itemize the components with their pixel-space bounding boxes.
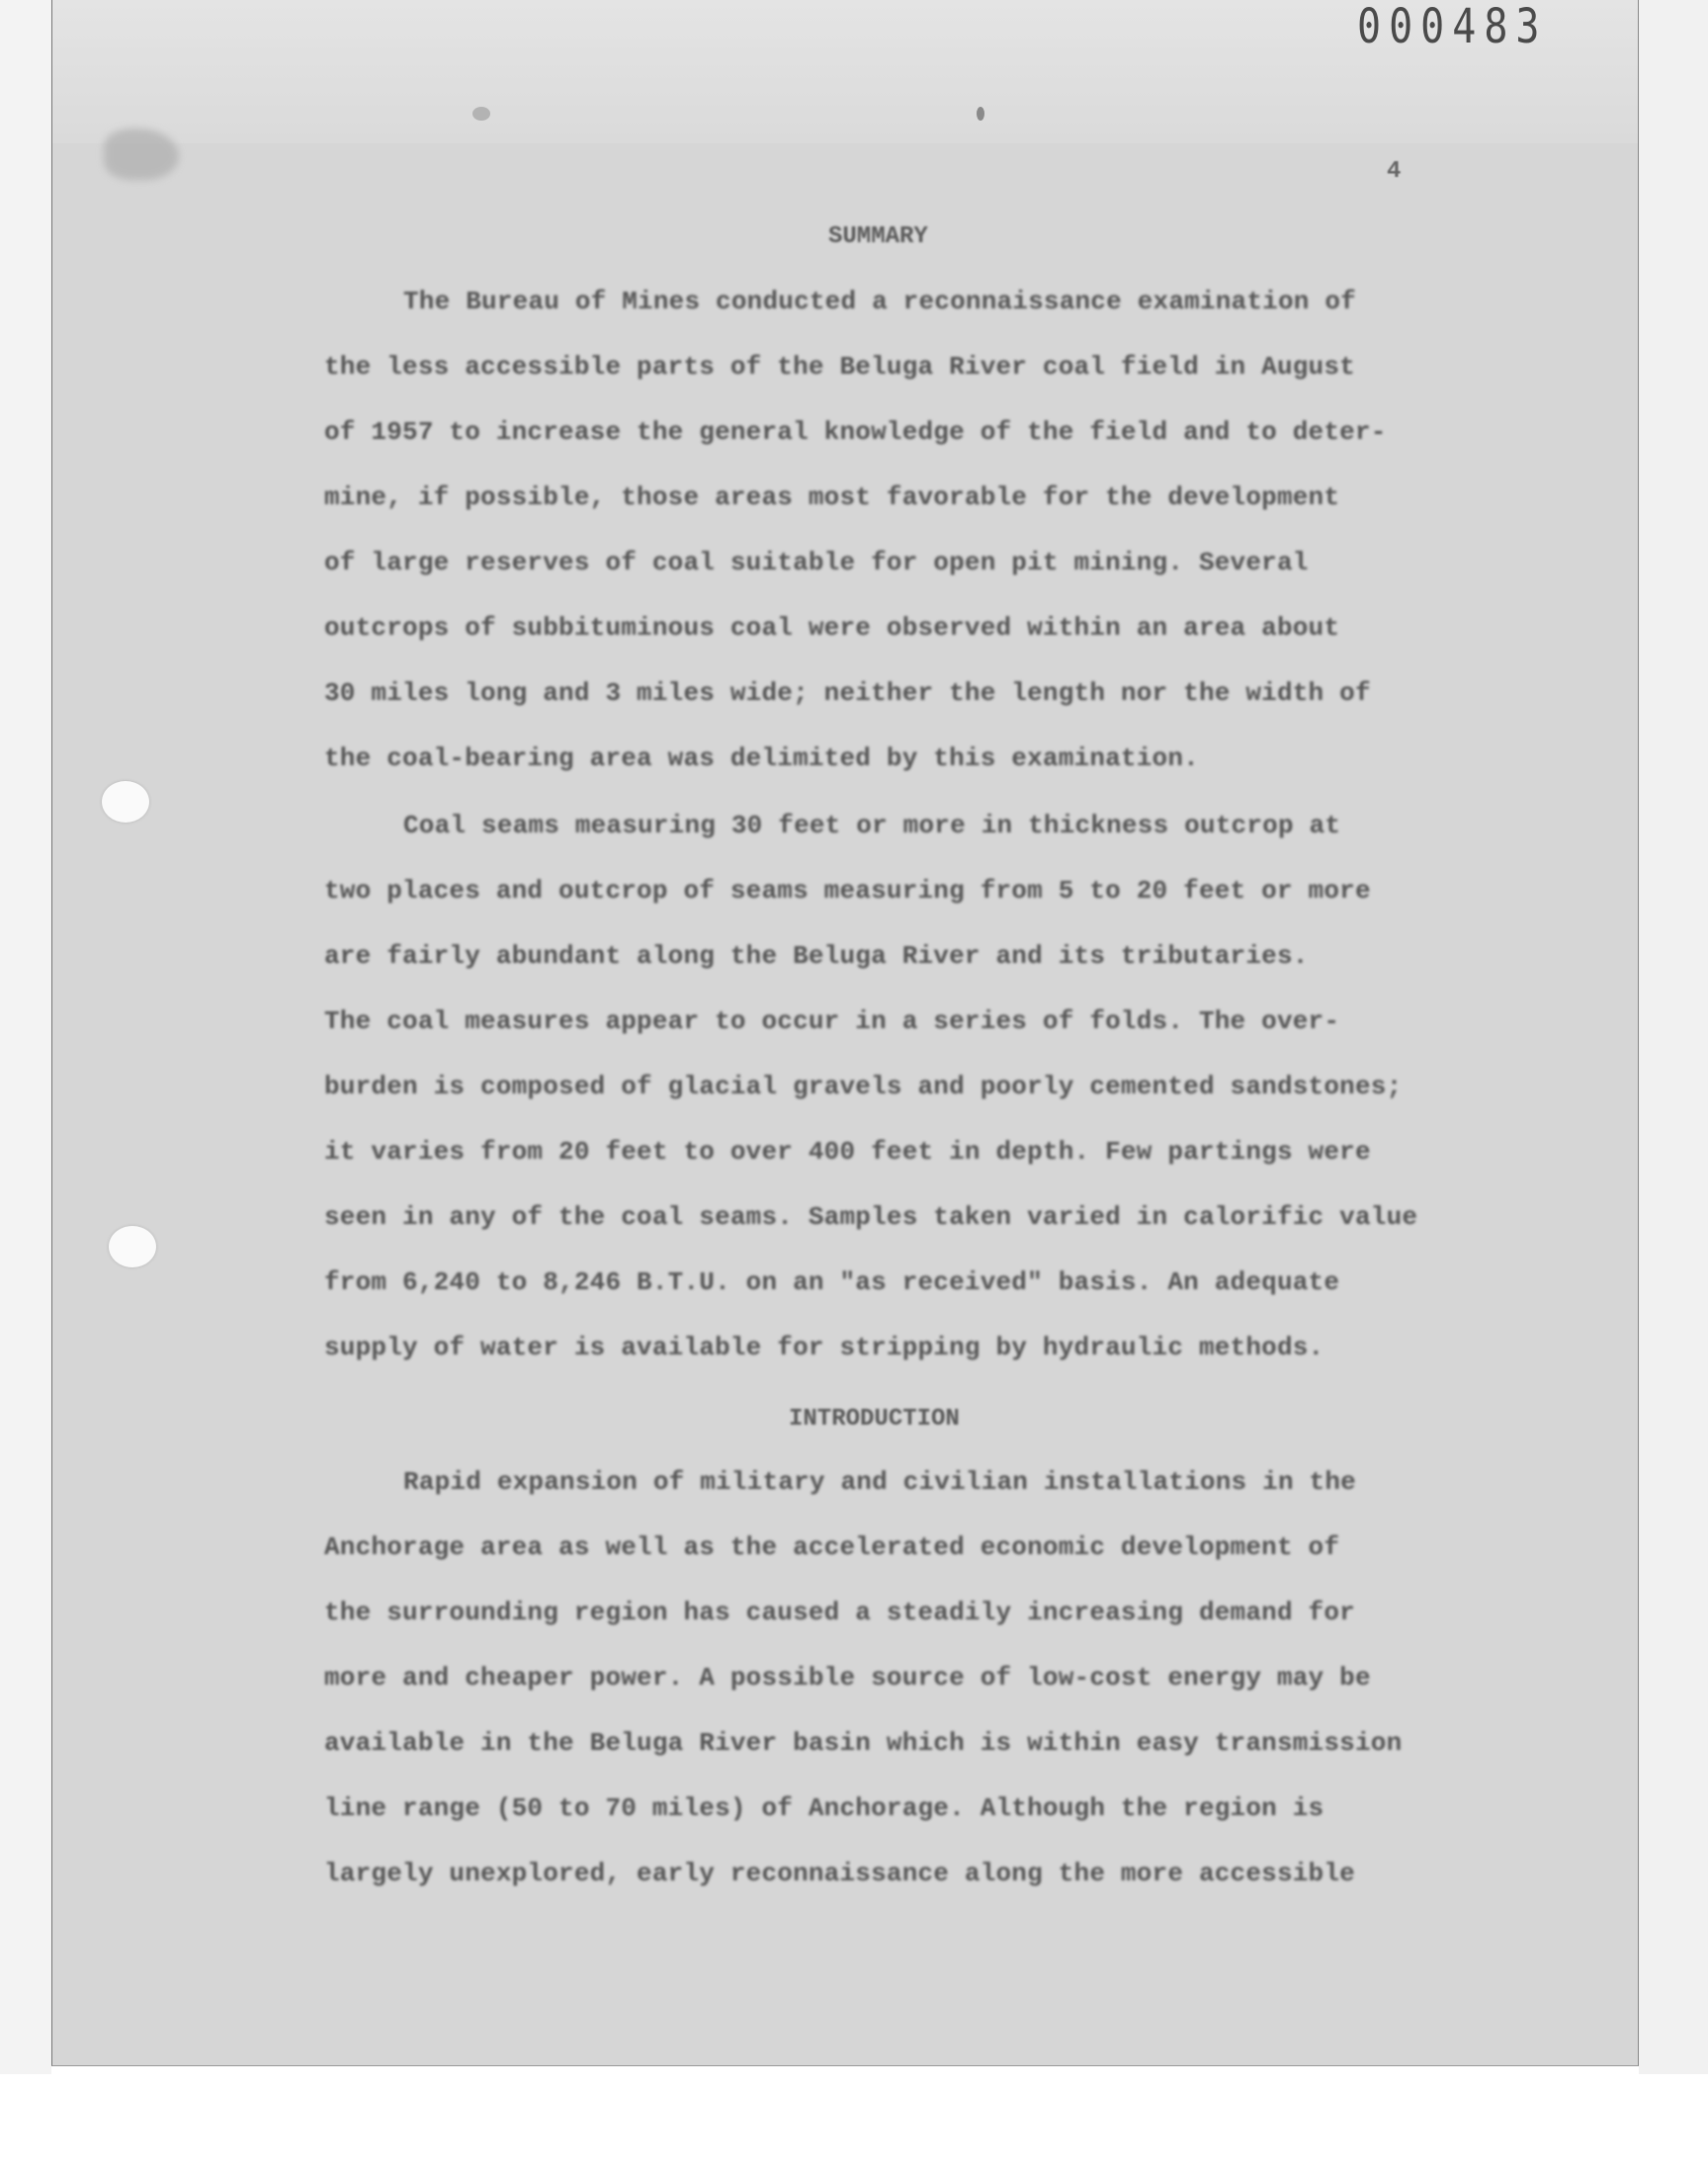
page-number: 4 (1387, 158, 1401, 185)
paragraph-line: it varies from 20 feet to over 400 feet … (324, 1137, 1371, 1167)
bates-number: 000483 (1357, 0, 1548, 54)
paragraph-line: mine, if possible, those areas most favo… (324, 482, 1339, 512)
scan-margin-left (0, 0, 51, 2074)
paragraph-line: burden is composed of glacial gravels an… (324, 1072, 1402, 1101)
paragraph-line: two places and outcrop of seams measurin… (324, 876, 1371, 906)
speck-mark (472, 107, 490, 121)
paragraph-line: Coal seams measuring 30 feet or more in … (403, 811, 1340, 840)
paragraph-line: of large reserves of coal suitable for o… (324, 548, 1309, 577)
paragraph-line: largely unexplored, early reconnaissance… (324, 1859, 1355, 1888)
paragraph-line: line range (50 to 70 miles) of Anchorage… (324, 1793, 1324, 1823)
paragraph-line: are fairly abundant along the Beluga Riv… (324, 941, 1309, 971)
paragraph-line: outcrops of subbituminous coal were obse… (324, 613, 1339, 643)
paragraph-line: of 1957 to increase the general knowledg… (324, 417, 1387, 447)
section-heading-introduction: INTRODUCTION (789, 1406, 960, 1433)
paragraph-line: supply of water is available for strippi… (324, 1333, 1324, 1362)
paragraph-line: from 6,240 to 8,246 B.T.U. on an "as rec… (324, 1267, 1339, 1297)
paragraph-line: The coal measures appear to occur in a s… (324, 1006, 1339, 1036)
paragraph-line: more and cheaper power. A possible sourc… (324, 1663, 1371, 1693)
paragraph-line: the less accessible parts of the Beluga … (324, 352, 1355, 382)
paragraph-line: 30 miles long and 3 miles wide; neither … (324, 678, 1371, 708)
paragraph-line: the coal-bearing area was delimited by t… (324, 743, 1199, 773)
speck-mark (977, 107, 984, 121)
scan-margin-right (1639, 0, 1708, 2074)
paragraph-line: Rapid expansion of military and civilian… (403, 1467, 1356, 1497)
paragraph-line: available in the Beluga River basin whic… (324, 1728, 1402, 1758)
section-heading-summary: SUMMARY (828, 223, 928, 250)
paragraph-line: the surrounding region has caused a stea… (324, 1598, 1355, 1627)
punch-hole-lower (109, 1226, 156, 1267)
paragraph-line: Anchorage area as well as the accelerate… (324, 1532, 1339, 1562)
punch-hole-upper (102, 781, 149, 823)
paragraph-line: seen in any of the coal seams. Samples t… (324, 1202, 1417, 1232)
paragraph-line: The Bureau of Mines conducted a reconnai… (403, 287, 1356, 316)
